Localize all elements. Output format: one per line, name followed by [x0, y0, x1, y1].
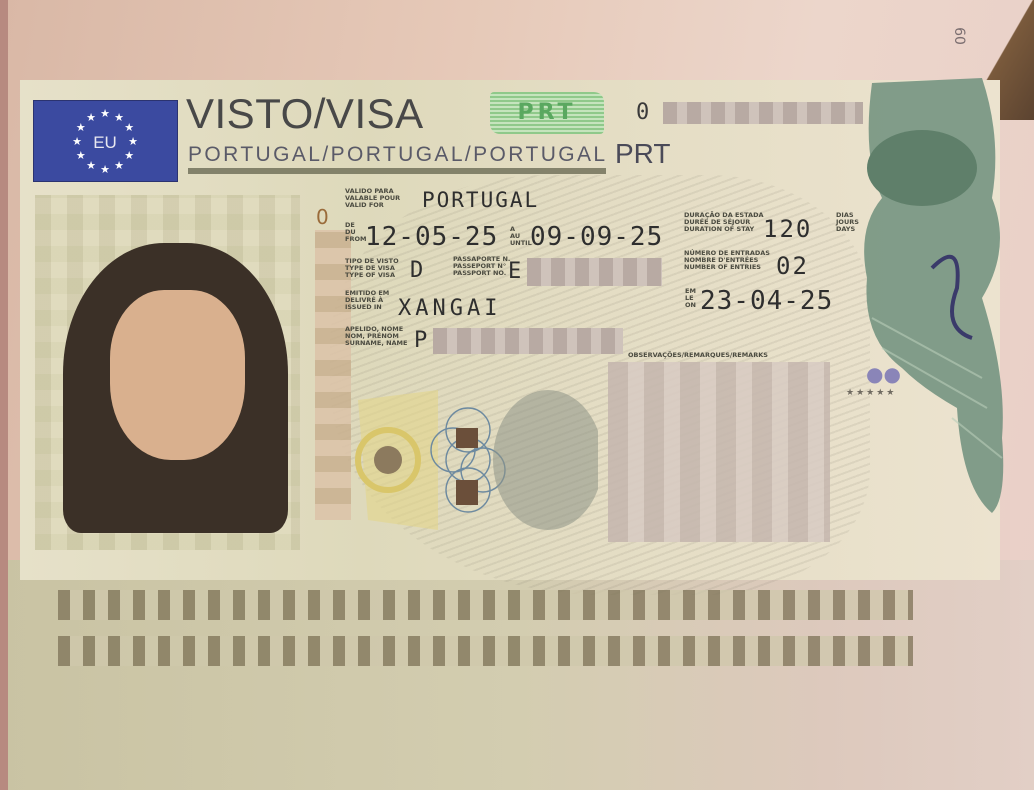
svg-text:★: ★: [128, 135, 138, 148]
svg-text:★: ★: [86, 111, 96, 124]
hologram-icon: [862, 78, 1012, 518]
visa-number-redacted: [663, 102, 863, 124]
prt-security-emblem: PRT: [490, 92, 604, 134]
page-number: 60: [951, 27, 967, 45]
duration-value: 120: [763, 215, 812, 243]
passport-number-value: E: [508, 258, 662, 286]
svg-text:★: ★: [72, 135, 82, 148]
passport-page-edge: [0, 0, 8, 790]
svg-text:★: ★: [114, 111, 124, 124]
svg-text:★: ★: [76, 121, 86, 134]
name-prefix: P: [414, 328, 429, 353]
duration-unit: DIAS JOURS DAYS: [836, 212, 859, 233]
issuing-country-code: PRT: [615, 138, 671, 170]
issuing-state-line: PORTUGAL/PORTUGAL/PORTUGAL: [188, 143, 608, 167]
ghost-image-initial: 0: [316, 205, 329, 229]
photo-face: [110, 290, 245, 460]
seal-icon: [348, 380, 598, 540]
tortoise-icon: ●●: [866, 362, 901, 386]
mrz-line-1: [58, 590, 913, 620]
duration-label: DURAÇÃO DA ESTADA DURÉE DE SÉJOUR DURATI…: [684, 212, 764, 233]
mrz-line-2: [58, 636, 913, 666]
name-value: P: [414, 328, 623, 354]
entries-value: 02: [776, 252, 809, 280]
name-label: APELIDO, NOME NOM, PRÉNOM SURNAME, NAME: [345, 326, 407, 347]
eu-flag-icon: ★★★★★★★★★★★★ EU: [33, 100, 178, 182]
stars-icon: ★★★★★: [846, 388, 896, 398]
passport-number-redacted: [527, 258, 662, 286]
svg-text:★: ★: [86, 159, 96, 172]
visa-number: 0: [636, 100, 863, 125]
microprint-line: [188, 168, 606, 174]
visa-title: VISTO/VISA: [186, 90, 424, 138]
issue-date-label: EM LE ON: [685, 288, 696, 309]
svg-text:★: ★: [76, 149, 86, 162]
eu-stars-icon: ★★★★★★★★★★★★ EU: [34, 101, 177, 181]
issued-in-label: EMITIDO EM DELIVRÉ À ISSUED IN: [345, 290, 389, 311]
issue-date-value: 23-04-25: [700, 286, 833, 316]
svg-text:★: ★: [100, 163, 110, 176]
visa-number-prefix: 0: [636, 100, 649, 125]
visa-type-label: TIPO DE VISTO TYPE DE VISA TYPE OF VISA: [345, 258, 399, 279]
from-value: 12-05-25: [365, 222, 498, 252]
until-label: A AU UNTIL: [510, 226, 532, 247]
valid-for-label: VALIDO PARA VALABLE POUR VALID FOR: [345, 188, 400, 209]
passport-number-label: PASSAPORTE N. PASSEPORT N° PASSPORT No.: [453, 256, 510, 277]
eu-label: EU: [93, 133, 117, 152]
entries-label: NÚMERO DE ENTRADAS NOMBRE D'ENTRÉES NUMB…: [684, 250, 770, 271]
until-value: 09-09-25: [530, 222, 663, 252]
holder-photo: [35, 195, 300, 550]
issued-in-value: XANGAI: [398, 296, 501, 321]
name-redacted: [433, 328, 623, 354]
remarks-redacted: [608, 362, 830, 542]
svg-text:★: ★: [124, 149, 134, 162]
svg-text:★: ★: [114, 159, 124, 172]
visa-type-value: D: [410, 258, 425, 283]
svg-text:★: ★: [100, 107, 110, 120]
machine-readable-zone: [58, 590, 913, 680]
svg-text:★: ★: [124, 121, 134, 134]
remarks-label: OBSERVAÇÕES/REMARQUES/REMARKS: [628, 352, 768, 359]
from-label: DE DU FROM: [345, 222, 366, 243]
valid-for-value: PORTUGAL: [422, 188, 539, 212]
passport-number-prefix: E: [508, 259, 523, 284]
